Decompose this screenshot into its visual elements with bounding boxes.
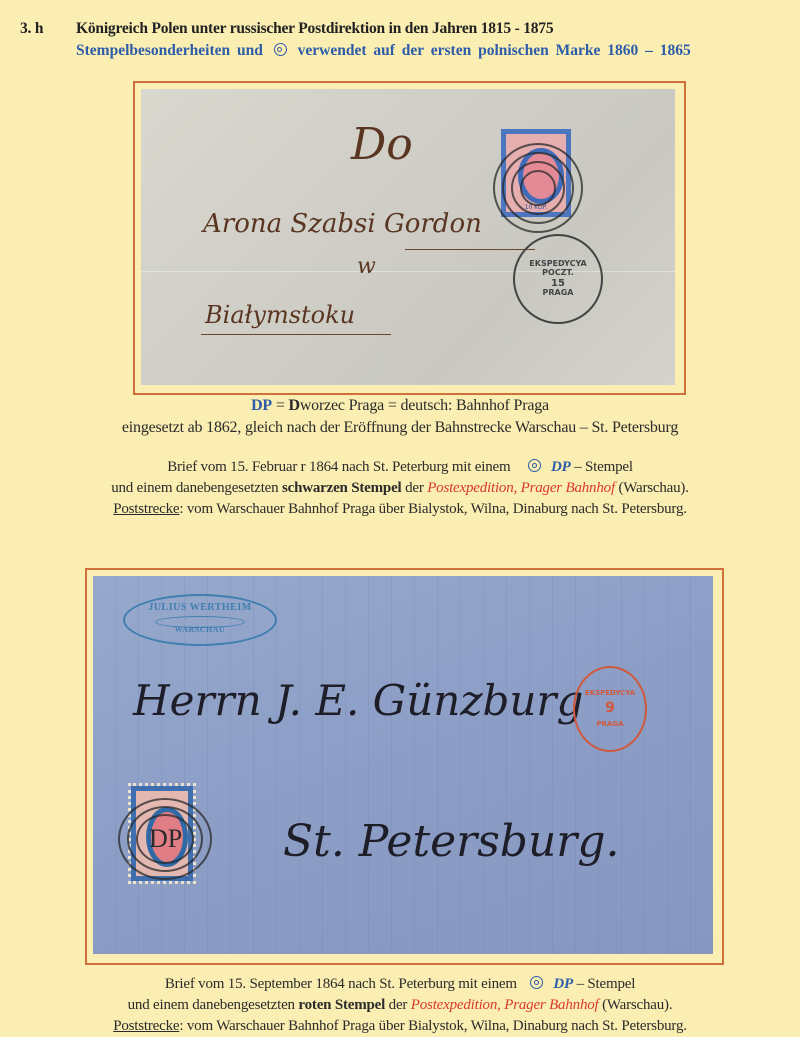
caption-text: und einem danebengesetzten bbox=[111, 480, 278, 496]
cover1-postmark-cds: EKSPEDYCYA POCZT. 15 PRAGA bbox=[513, 234, 603, 324]
sender-name: JULIUS WERTHEIM bbox=[125, 602, 275, 613]
cover1-address-do: Do bbox=[351, 119, 413, 170]
concentric-ring-cancel bbox=[520, 170, 556, 206]
caption2-line1: Brief vom 15. Februar r 1864 nach St. Pe… bbox=[0, 457, 800, 477]
cover1-address-city: Białymstoku bbox=[205, 301, 355, 329]
cover2-address-recipient: Herrn J. E. Günzburg bbox=[133, 676, 583, 725]
dp-def-rest: worzec Praga bbox=[300, 397, 384, 414]
caption-text: Brief vom 15. September 1864 nach St. Pe… bbox=[165, 976, 517, 992]
postmark-text-bottom: PRAGA bbox=[585, 721, 635, 729]
postmark-text-mid: POCZT. bbox=[529, 269, 586, 278]
caption-text: der bbox=[389, 997, 408, 1013]
caption-text: und einem danebengesetzten bbox=[128, 997, 295, 1013]
caption-dp-usage: eingesetzt ab 1862, gleich nach der Eröf… bbox=[0, 418, 800, 438]
route-label: Poststrecke bbox=[113, 1018, 179, 1034]
cachet-inner-oval bbox=[155, 616, 245, 628]
postmark-text-bottom: PRAGA bbox=[529, 289, 586, 298]
dp-abbreviation: DP bbox=[553, 976, 573, 992]
dp-german: = deutsch: Bahnhof Praga bbox=[388, 397, 549, 414]
cover2-sender-cachet: JULIUS WERTHEIM WARSCHAU bbox=[123, 594, 277, 646]
subtitle-part-1: Stempelbesonderheiten und bbox=[76, 42, 263, 59]
cover1-address-w: w bbox=[357, 254, 376, 279]
postmark-day: 9 bbox=[585, 701, 635, 716]
cover2-letter: JULIUS WERTHEIM WARSCHAU Herrn J. E. Gün… bbox=[93, 576, 713, 954]
cover2-address-city: St. Petersburg. bbox=[283, 816, 620, 867]
cover1-address-name: Arona Szabsi Gordon bbox=[203, 209, 482, 239]
underline bbox=[405, 249, 535, 250]
caption-text: – Stempel bbox=[577, 976, 636, 992]
cover1-letter: Do Arona Szabsi Gordon w Białymstoku 10 … bbox=[141, 89, 675, 385]
subtitle-part-2: verwendet auf der ersten polnischen Mark… bbox=[298, 42, 691, 59]
dp-cancel-letters: DP bbox=[149, 824, 182, 854]
dp-abbreviation: DP bbox=[251, 397, 272, 414]
underline bbox=[201, 334, 391, 335]
caption-text: (Warschau). bbox=[618, 480, 688, 496]
caption3-line2: und einem danebengesetzten roten Stempel… bbox=[0, 995, 800, 1015]
caption2-line3: Poststrecke: vom Warschauer Bahnhof Prag… bbox=[0, 499, 800, 519]
concentric-circles-cancel-icon bbox=[274, 43, 287, 56]
caption3-line1: Brief vom 15. September 1864 nach St. Pe… bbox=[0, 974, 800, 994]
caption-text: der bbox=[405, 480, 424, 496]
caption-red-highlight: Postexpedition, Prager Bahnhof bbox=[411, 997, 599, 1013]
postmark-text-top: EKSPEDYCYA bbox=[585, 690, 635, 698]
caption-dp-definition: DP = Dworzec Praga = deutsch: Bahnhof Pr… bbox=[0, 396, 800, 416]
section-number: 3. h bbox=[20, 20, 76, 38]
cover2-red-postmark-cds: EKSPEDYCYA 9 PRAGA bbox=[573, 666, 647, 752]
page-subtitle: Stempelbesonderheiten und verwendet auf … bbox=[76, 42, 691, 60]
route-text: : vom Warschauer Bahnhof Praga über Bial… bbox=[179, 501, 686, 517]
concentric-circles-cancel-icon bbox=[530, 976, 543, 989]
concentric-circles-cancel-icon bbox=[528, 459, 541, 472]
caption-text: (Warschau). bbox=[602, 997, 672, 1013]
caption-text: – Stempel bbox=[574, 459, 633, 475]
caption3-line3: Poststrecke: vom Warschauer Bahnhof Prag… bbox=[0, 1016, 800, 1036]
caption-bold: schwarzen Stempel bbox=[282, 480, 402, 496]
caption-text: Brief vom 15. Februar r 1864 nach St. Pe… bbox=[167, 459, 510, 475]
caption2-line2: und einem danebengesetzten schwarzen Ste… bbox=[0, 478, 800, 498]
caption-red-highlight: Postexpedition, Prager Bahnhof bbox=[427, 480, 615, 496]
page-title-line: 3. hKönigreich Polen unter russischer Po… bbox=[20, 20, 553, 38]
dp-def-initial: D bbox=[288, 397, 299, 414]
caption-bold: roten Stempel bbox=[298, 997, 385, 1013]
page-title: Königreich Polen unter russischer Postdi… bbox=[76, 20, 553, 37]
dp-abbreviation: DP bbox=[551, 459, 571, 475]
route-label: Poststrecke bbox=[113, 501, 179, 517]
route-text: : vom Warschauer Bahnhof Praga über Bial… bbox=[179, 1018, 686, 1034]
